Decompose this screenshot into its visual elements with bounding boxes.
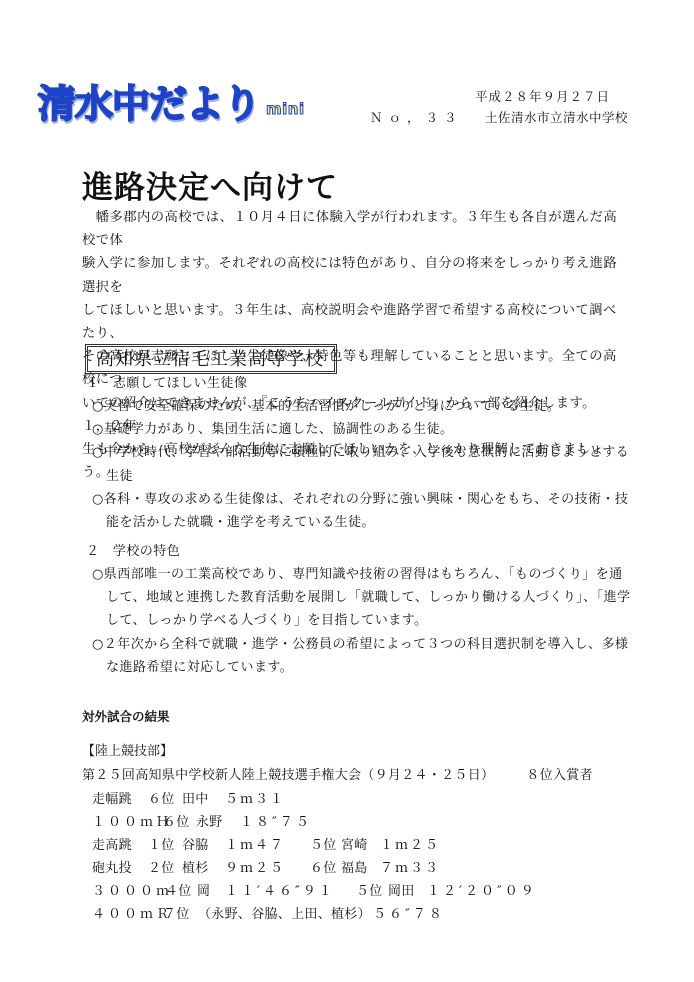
list-item: ○実習で安全確保のため、基本的生活習慣がしっかりと身についている生徒。 bbox=[92, 395, 632, 418]
event-name: ４００ｍＲ bbox=[92, 903, 172, 922]
athlete-name: 永野 bbox=[196, 811, 223, 830]
athlete-name: 田中 bbox=[182, 788, 209, 807]
result-record: ５ｍ３１ bbox=[225, 788, 285, 807]
athlete-names: （永野、谷脇、上田、植杉） bbox=[198, 903, 371, 922]
section2-list: ○県西部唯一の工業高校であり、専門知識や技術の習得はもちろん、「ものづくり」を通… bbox=[92, 563, 632, 679]
intro-line: 幡多郡内の高校では、１０月４日に体験入学が行われます。３年生も各自が選んだ高校で… bbox=[82, 206, 622, 252]
event-name: 走高跳 bbox=[92, 834, 132, 853]
result-place: ５位 bbox=[356, 880, 383, 899]
result-place: ６位 bbox=[310, 857, 337, 876]
list-item: ○２年次から全科で就職・進学・公務員の希望によって３つの科目選択制を導入し、多様… bbox=[92, 633, 632, 679]
intro-line: してほしいと思います。３年生は、高校説明会や進路学習で希望する高校について調べた… bbox=[82, 299, 622, 345]
issue-date: 平成２８年９月２７日 bbox=[475, 87, 610, 105]
result-place: ２位 bbox=[148, 857, 175, 876]
event-name: １００ｍＨ bbox=[92, 811, 172, 830]
club-name: 【陸上競技部】 bbox=[82, 740, 173, 759]
athlete-name: 植杉 bbox=[182, 857, 209, 876]
meet-title: 第２５回高知県中学校新人陸上競技選手権大会（９月２４・２５日）８位入賞者 bbox=[82, 764, 593, 783]
newsletter-logo: 清水中だより mini bbox=[38, 78, 305, 128]
list-item: ○各科・専攻の求める生徒像は、それぞれの分野に強い興味・関心をもち、その技術・技… bbox=[92, 488, 632, 534]
event-name: 砲丸投 bbox=[92, 857, 132, 876]
result-record: ７ｍ３３ bbox=[380, 857, 440, 876]
list-item: ○中学校時代、学習や部活動等に積極的に取り組み、入学後も意欲的に活動しようとする… bbox=[92, 441, 632, 487]
result-place: ６位 bbox=[148, 788, 175, 807]
section1-heading: １ 志願してほしい生徒像 bbox=[86, 372, 247, 395]
result-record: １ｍ２５ bbox=[380, 834, 440, 853]
meet-note: ８位入賞者 bbox=[526, 768, 593, 783]
section1-list: ○実習で安全確保のため、基本的生活習慣がしっかりと身についている生徒。 ○基礎学… bbox=[92, 395, 632, 534]
athlete-name: 谷脇 bbox=[182, 834, 209, 853]
athlete-name: 福島 bbox=[341, 857, 368, 876]
meet-name: 第２５回高知県中学校新人陸上競技選手権大会（９月２４・２５日） bbox=[82, 768, 494, 783]
result-record: １１′４６″９１ bbox=[225, 880, 335, 899]
school-title: 高知県立宿毛工業高等学校 bbox=[87, 346, 335, 372]
logo-suffix: mini bbox=[266, 100, 305, 118]
result-place: １位 bbox=[148, 834, 175, 853]
list-item: ○基礎学力があり、集団生活に適した、協調性のある生徒。 bbox=[92, 418, 632, 441]
athlete-name: 岡田 bbox=[388, 880, 415, 899]
school-title-box: 高知県立宿毛工業高等学校 bbox=[85, 344, 337, 374]
article-headline: 進路決定へ向けて bbox=[82, 170, 338, 206]
result-record: １２′２０″０９ bbox=[427, 880, 537, 899]
result-place: ７位 bbox=[163, 903, 190, 922]
issue-number: Ｎｏ，３３ bbox=[370, 108, 463, 126]
result-record: ９ｍ２５ bbox=[225, 857, 285, 876]
section2-heading: ２ 学校の特色 bbox=[86, 540, 180, 563]
result-place: ４位 bbox=[165, 880, 192, 899]
result-place: ５位 bbox=[310, 834, 337, 853]
intro-line: 験入学に参加します。それぞれの高校には特色があり、自分の将来をしっかり考え進路選… bbox=[82, 252, 622, 298]
result-record: １ｍ４７ bbox=[225, 834, 285, 853]
result-record: ５６″７８ bbox=[373, 903, 445, 922]
school-name: 土佐清水市立清水中学校 bbox=[485, 108, 628, 126]
athlete-name: 宮崎 bbox=[341, 834, 368, 853]
result-record: １８″７５ bbox=[240, 811, 312, 830]
logo-title: 清水中だより bbox=[38, 80, 260, 128]
event-name: 走幅跳 bbox=[92, 788, 132, 807]
list-item: ○県西部唯一の工業高校であり、専門知識や技術の習得はもちろん、「ものづくり」を通… bbox=[92, 563, 632, 633]
event-name: ３０００ｍ bbox=[92, 880, 172, 899]
result-place: ６位 bbox=[163, 811, 190, 830]
athlete-name: 岡 bbox=[197, 880, 210, 899]
results-title: 対外試合の結果 bbox=[82, 707, 170, 725]
